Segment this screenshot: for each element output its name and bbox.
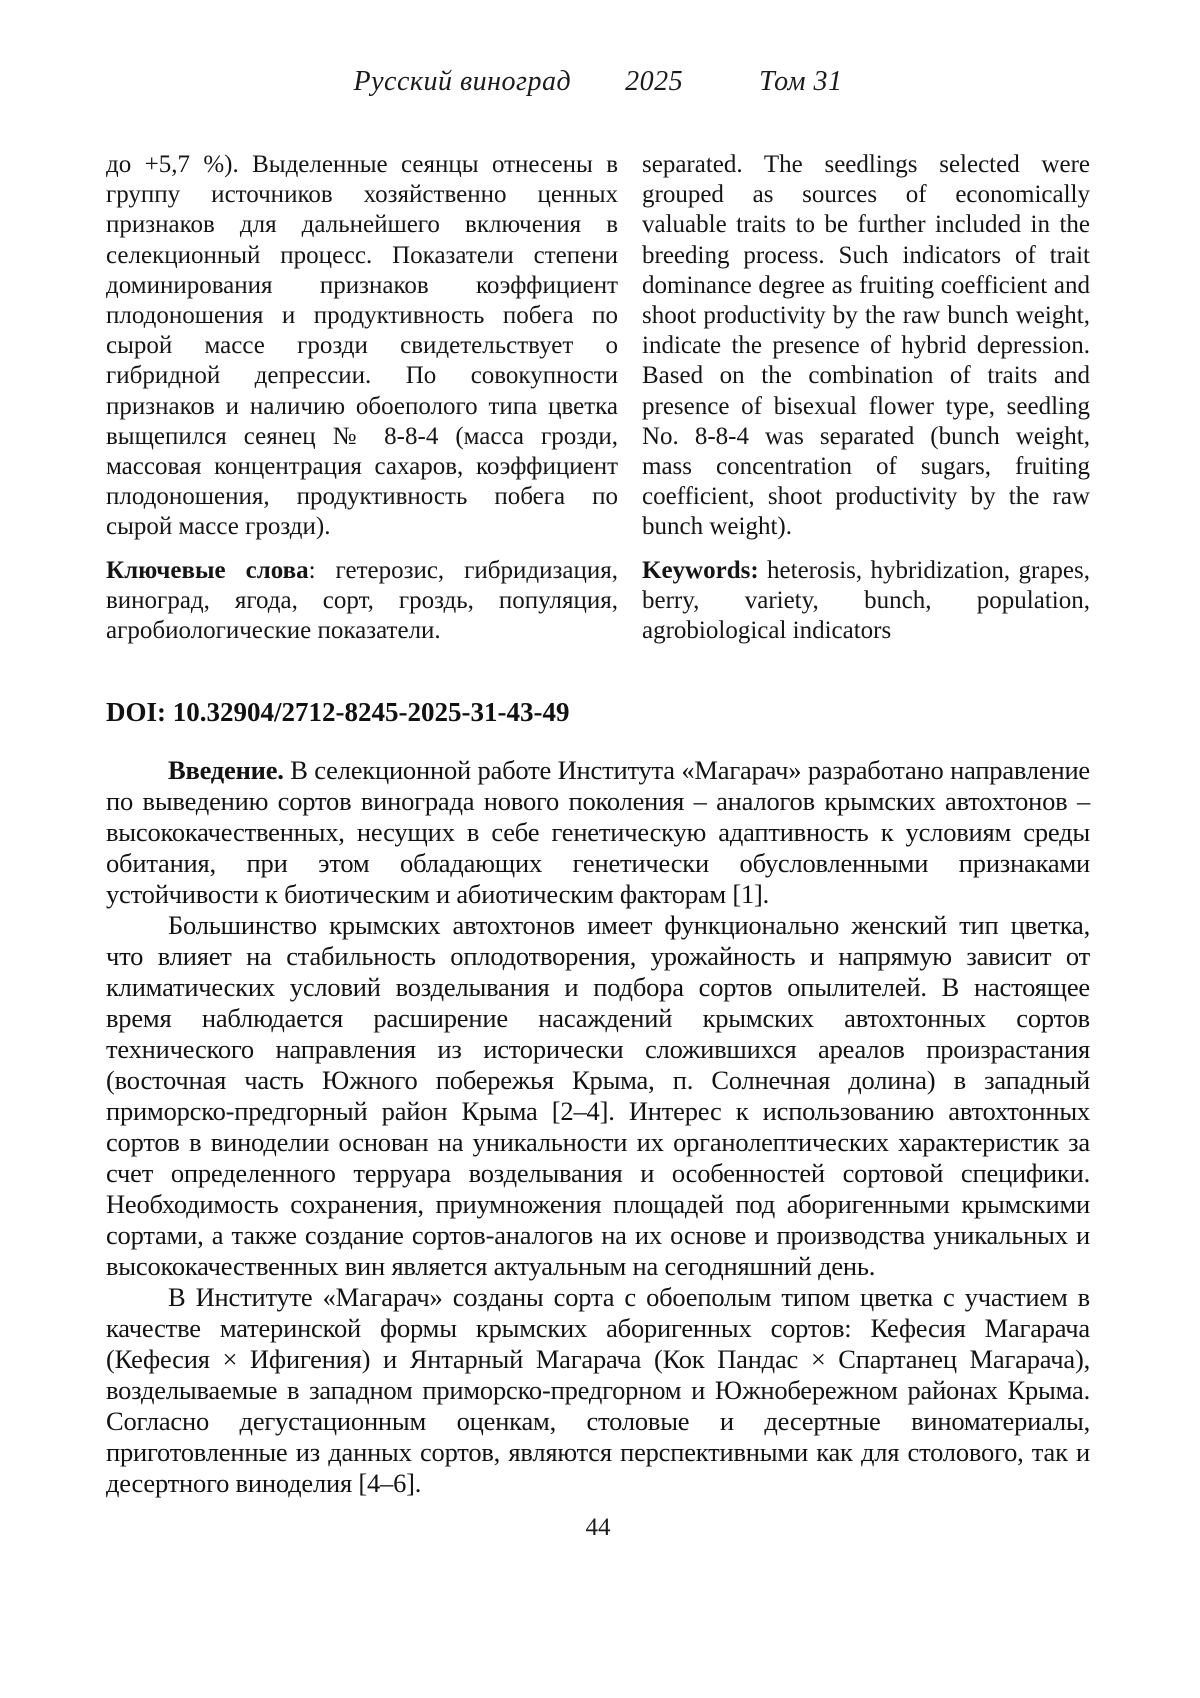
- abstract-section: до +5,7 %). Выделенные сеянцы отнесены в…: [106, 150, 1090, 646]
- article-body: Введение. В селекционной работе Институт…: [106, 755, 1090, 1499]
- abstract-column-english: separated. The seedlings selected were g…: [642, 150, 1090, 646]
- abstract-column-russian: до +5,7 %). Выделенные сеянцы отнесены в…: [106, 150, 618, 646]
- abstract-text-english: separated. The seedlings selected were g…: [642, 150, 1090, 543]
- journal-volume: Том 31: [759, 66, 842, 98]
- abstract-text-russian: до +5,7 %). Выделенные сеянцы отнесены в…: [106, 150, 618, 543]
- keywords-russian: Ключевые слова: гетерозис, гибридизация,…: [106, 556, 618, 647]
- doi: DOI: 10.32904/2712-8245-2025-31-43-49: [106, 696, 1090, 728]
- journal-title: Русский виноград: [354, 66, 572, 98]
- keywords-label-english: Keywords:: [642, 557, 759, 584]
- journal-page: Русский виноград 2025 Том 31 до +5,7 %).…: [106, 0, 1090, 1542]
- keywords-label-russian: Ключевые слова: [106, 557, 309, 584]
- body-paragraph-introduction: Введение. В селекционной работе Институт…: [106, 755, 1090, 910]
- keywords-english: Keywords: heterosis, hybridization, grap…: [642, 556, 1090, 647]
- body-paragraph-2: Большинство крымских автохтонов имеет фу…: [106, 910, 1090, 1282]
- introduction-heading: Введение.: [168, 755, 284, 785]
- running-head: Русский виноград 2025 Том 31: [106, 66, 1090, 98]
- body-paragraph-3: В Институте «Магарач» созданы сорта с об…: [106, 1282, 1090, 1499]
- journal-year: 2025: [625, 66, 683, 98]
- page-number: 44: [106, 1514, 1090, 1542]
